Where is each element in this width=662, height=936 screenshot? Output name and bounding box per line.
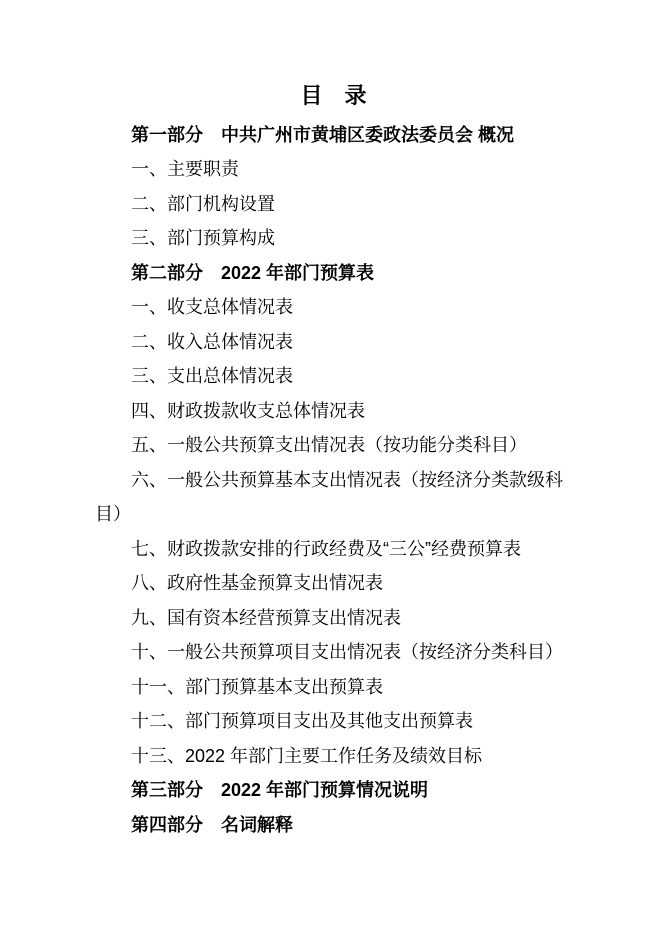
toc-section-heading: 第三部分 2022 年部门预算情况说明	[95, 773, 572, 808]
toc-entry: 二、收入总体情况表	[95, 325, 572, 360]
toc-entry: 九、国有资本经营预算支出情况表	[95, 601, 572, 636]
toc-entry: 十一、部门预算基本支出预算表	[95, 670, 572, 705]
toc-entry: 三、部门预算构成	[95, 221, 572, 256]
toc-section-heading: 第一部分 中共广州市黄埔区委政法委员会 概况	[95, 118, 572, 153]
toc-entry: 一、收支总体情况表	[95, 290, 572, 325]
toc-entry: 十、一般公共预算项目支出情况表（按经济分类科目）	[95, 635, 572, 670]
toc-entry: 十二、部门预算项目支出及其他支出预算表	[95, 704, 572, 739]
toc-entry-continuation: 目）	[95, 497, 572, 532]
toc-entry: 一、主要职责	[95, 152, 572, 187]
toc-section-heading: 第二部分 2022 年部门预算表	[95, 256, 572, 291]
toc-entry: 四、财政拨款收支总体情况表	[95, 394, 572, 429]
document-page: 目 录 第一部分 中共广州市黄埔区委政法委员会 概况一、主要职责二、部门机构设置…	[0, 0, 662, 936]
page-title: 目 录	[95, 79, 572, 114]
toc-section-heading: 第四部分 名词解释	[95, 808, 572, 843]
toc-entry: 三、支出总体情况表	[95, 359, 572, 394]
toc-entry: 二、部门机构设置	[95, 187, 572, 222]
toc-entry: 八、政府性基金预算支出情况表	[95, 566, 572, 601]
toc-entry: 十三、2022 年部门主要工作任务及绩效目标	[95, 739, 572, 774]
toc-entry: 五、一般公共预算支出情况表（按功能分类科目）	[95, 428, 572, 463]
toc-entry: 六、一般公共预算基本支出情况表（按经济分类款级科	[95, 463, 572, 498]
toc-entry: 七、财政拨款安排的行政经费及“三公”经费预算表	[95, 532, 572, 567]
toc-list: 第一部分 中共广州市黄埔区委政法委员会 概况一、主要职责二、部门机构设置三、部门…	[95, 118, 572, 843]
